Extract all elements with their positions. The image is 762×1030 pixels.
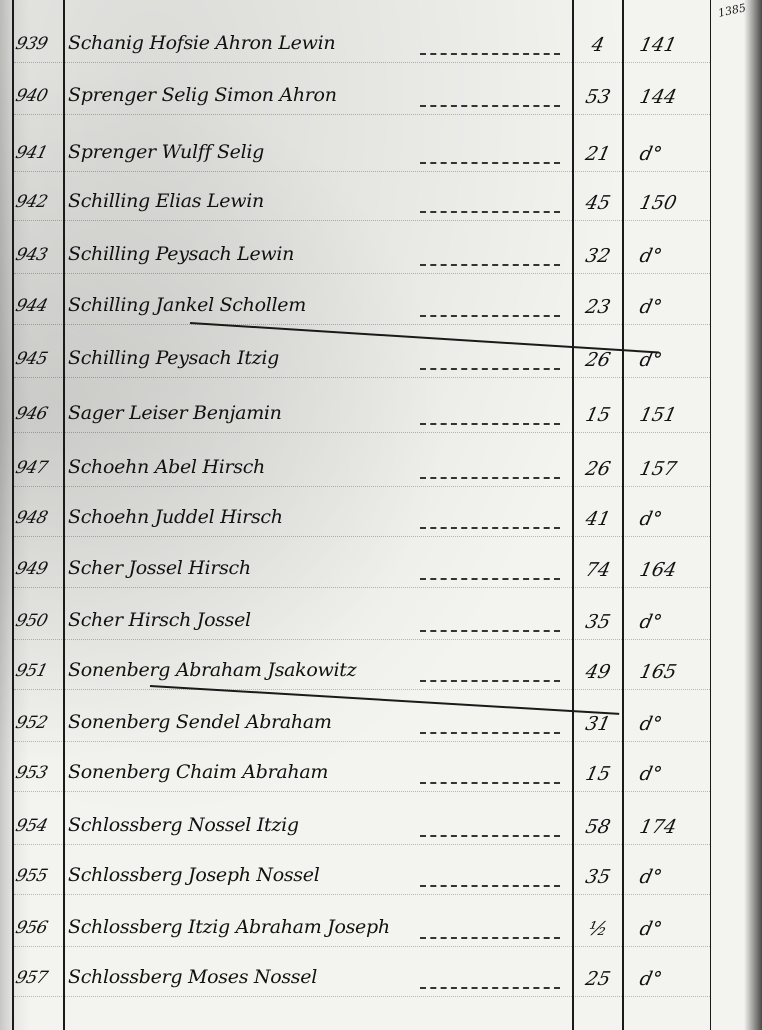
age-value: 53 (574, 86, 623, 108)
page-number: 1385 (717, 1, 747, 20)
table-row: 943 Schilling Peysach Lewin 32 d° (0, 239, 762, 277)
row-rule (14, 587, 710, 588)
house-number: d° (626, 918, 723, 940)
table-row: 955 Schlossberg Joseph Nossel 35 d° (0, 860, 762, 898)
person-name-text: Sonenberg Sendel Abraham (68, 711, 338, 733)
age-value: 58 (574, 816, 623, 838)
person-name-text: Schoehn Juddel Hirsch (68, 506, 289, 528)
entry-number: 948 (14, 508, 67, 528)
age-value: 49 (574, 661, 623, 683)
row-rule (14, 996, 710, 997)
person-name: Schlossberg Moses Nossel (68, 966, 568, 996)
age-value: 23 (574, 296, 623, 318)
age-value: 45 (574, 192, 623, 214)
entry-number: 956 (14, 918, 67, 938)
entry-number: 946 (14, 404, 67, 424)
house-number: 157 (626, 458, 723, 480)
person-name: Scher Hirsch Jossel (68, 609, 568, 639)
person-name-text: Scher Hirsch Jossel (68, 609, 257, 631)
house-number: 141 (626, 34, 723, 56)
age-value: 15 (574, 763, 623, 785)
house-number: d° (626, 245, 723, 267)
age-value: 31 (574, 713, 623, 735)
table-row: 948 Schoehn Juddel Hirsch 41 d° (0, 502, 762, 540)
house-number: 164 (626, 559, 723, 581)
row-rule (14, 114, 710, 115)
row-rule (14, 741, 710, 742)
entry-number: 949 (14, 559, 67, 579)
person-name-text: Schanig Hofsie Ahron Lewin (68, 32, 341, 54)
table-row: 952 Sonenberg Sendel Abraham 31 d° (0, 707, 762, 745)
table-row: 951 Sonenberg Abraham Jsakowitz 49 165 (0, 655, 762, 693)
entry-number: 939 (14, 34, 67, 54)
person-name-text: Schilling Jankel Schollem (68, 294, 312, 316)
entry-number: 955 (14, 866, 67, 886)
row-rule (14, 62, 710, 63)
person-name: Schlossberg Nossel Itzig (68, 814, 568, 844)
age-value: ½ (574, 918, 623, 940)
house-number: 151 (626, 404, 723, 426)
table-row: 957 Schlossberg Moses Nossel 25 d° (0, 962, 762, 1000)
entry-number: 945 (14, 349, 67, 369)
entry-number: 944 (14, 296, 67, 316)
house-number: d° (626, 866, 723, 888)
house-number: 144 (626, 86, 723, 108)
entry-number: 957 (14, 968, 67, 988)
table-row: 954 Schlossberg Nossel Itzig 58 174 (0, 810, 762, 848)
person-name-text: Schlossberg Itzig Abraham Joseph (68, 916, 396, 938)
row-rule (14, 689, 710, 690)
entry-number: 941 (14, 143, 67, 163)
row-rule (14, 324, 710, 325)
house-number: d° (626, 763, 723, 785)
entry-number: 952 (14, 713, 67, 733)
person-name: Schilling Jankel Schollem (68, 294, 568, 324)
house-number: 174 (626, 816, 723, 838)
table-row: 949 Scher Jossel Hirsch 74 164 (0, 553, 762, 591)
entry-number: 942 (14, 192, 67, 212)
row-rule (14, 486, 710, 487)
person-name: Sprenger Wulff Selig (68, 141, 568, 171)
table-row: 946 Sager Leiser Benjamin 15 151 (0, 398, 762, 436)
person-name-text: Sprenger Wulff Selig (68, 141, 270, 163)
person-name: Schlossberg Joseph Nossel (68, 864, 568, 894)
table-row: 944 Schilling Jankel Schollem 23 d° (0, 290, 762, 328)
age-value: 25 (574, 968, 623, 990)
age-value: 35 (574, 866, 623, 888)
person-name: Schanig Hofsie Ahron Lewin (68, 32, 568, 62)
age-value: 26 (574, 349, 623, 371)
entry-number: 943 (14, 245, 67, 265)
table-row: 947 Schoehn Abel Hirsch 26 157 (0, 452, 762, 490)
person-name: Schilling Peysach Lewin (68, 243, 568, 273)
person-name-text: Sprenger Selig Simon Ahron (68, 84, 343, 106)
house-number: d° (626, 968, 723, 990)
row-rule (14, 273, 710, 274)
row-rule (14, 377, 710, 378)
person-name-text: Schilling Peysach Itzig (68, 347, 285, 369)
person-name-text: Sonenberg Abraham Jsakowitz (68, 659, 362, 681)
row-rule (14, 220, 710, 221)
person-name-text: Schlossberg Nossel Itzig (68, 814, 305, 836)
table-row: 945 Schilling Peysach Itzig 26 d° (0, 343, 762, 381)
row-rule (14, 536, 710, 537)
table-row: 941 Sprenger Wulff Selig 21 d° (0, 137, 762, 175)
entry-number: 947 (14, 458, 67, 478)
entry-number: 950 (14, 611, 67, 631)
person-name: Sonenberg Abraham Jsakowitz (68, 659, 568, 689)
table-row: 950 Scher Hirsch Jossel 35 d° (0, 605, 762, 643)
row-rule (14, 946, 710, 947)
house-number: 165 (626, 661, 723, 683)
entry-number: 954 (14, 816, 67, 836)
entry-number: 940 (14, 86, 67, 106)
age-value: 74 (574, 559, 623, 581)
person-name: Schilling Elias Lewin (68, 190, 568, 220)
row-rule (14, 432, 710, 433)
house-number: 150 (626, 192, 723, 214)
table-row: 939 Schanig Hofsie Ahron Lewin 4 141 (0, 28, 762, 66)
person-name-text: Schlossberg Moses Nossel (68, 966, 323, 988)
house-number: d° (626, 713, 723, 735)
table-row: 942 Schilling Elias Lewin 45 150 (0, 186, 762, 224)
row-rule (14, 844, 710, 845)
age-value: 26 (574, 458, 623, 480)
person-name: Sager Leiser Benjamin (68, 402, 568, 432)
person-name-text: Sager Leiser Benjamin (68, 402, 288, 424)
age-value: 21 (574, 143, 623, 165)
person-name-text: Schilling Peysach Lewin (68, 243, 300, 265)
row-rule (14, 791, 710, 792)
person-name-text: Schilling Elias Lewin (68, 190, 270, 212)
table-row: 953 Sonenberg Chaim Abraham 15 d° (0, 757, 762, 795)
house-number: d° (626, 296, 723, 318)
row-rule (14, 639, 710, 640)
entry-number: 951 (14, 661, 67, 681)
register-page: 1385 939 Schanig Hofsie Ahron Lewin 4 14… (0, 0, 762, 1030)
row-rule (14, 171, 710, 172)
person-name: Schoehn Abel Hirsch (68, 456, 568, 486)
house-number: d° (626, 508, 723, 530)
person-name: Sprenger Selig Simon Ahron (68, 84, 568, 114)
table-row: 956 Schlossberg Itzig Abraham Joseph ½ d… (0, 912, 762, 950)
house-number: d° (626, 143, 723, 165)
age-value: 32 (574, 245, 623, 267)
row-rule (14, 894, 710, 895)
person-name: Sonenberg Chaim Abraham (68, 761, 568, 791)
age-value: 41 (574, 508, 623, 530)
table-row: 940 Sprenger Selig Simon Ahron 53 144 (0, 80, 762, 118)
person-name: Scher Jossel Hirsch (68, 557, 568, 587)
person-name-text: Scher Jossel Hirsch (68, 557, 257, 579)
age-value: 35 (574, 611, 623, 633)
age-value: 4 (574, 34, 623, 56)
person-name: Schilling Peysach Itzig (68, 347, 568, 377)
house-number: d° (626, 611, 723, 633)
person-name-text: Schlossberg Joseph Nossel (68, 864, 325, 886)
age-value: 15 (574, 404, 623, 426)
person-name-text: Sonenberg Chaim Abraham (68, 761, 334, 783)
person-name: Sonenberg Sendel Abraham (68, 711, 568, 741)
entry-number: 953 (14, 763, 67, 783)
person-name-text: Schoehn Abel Hirsch (68, 456, 271, 478)
person-name: Schlossberg Itzig Abraham Joseph (68, 916, 568, 946)
person-name: Schoehn Juddel Hirsch (68, 506, 568, 536)
